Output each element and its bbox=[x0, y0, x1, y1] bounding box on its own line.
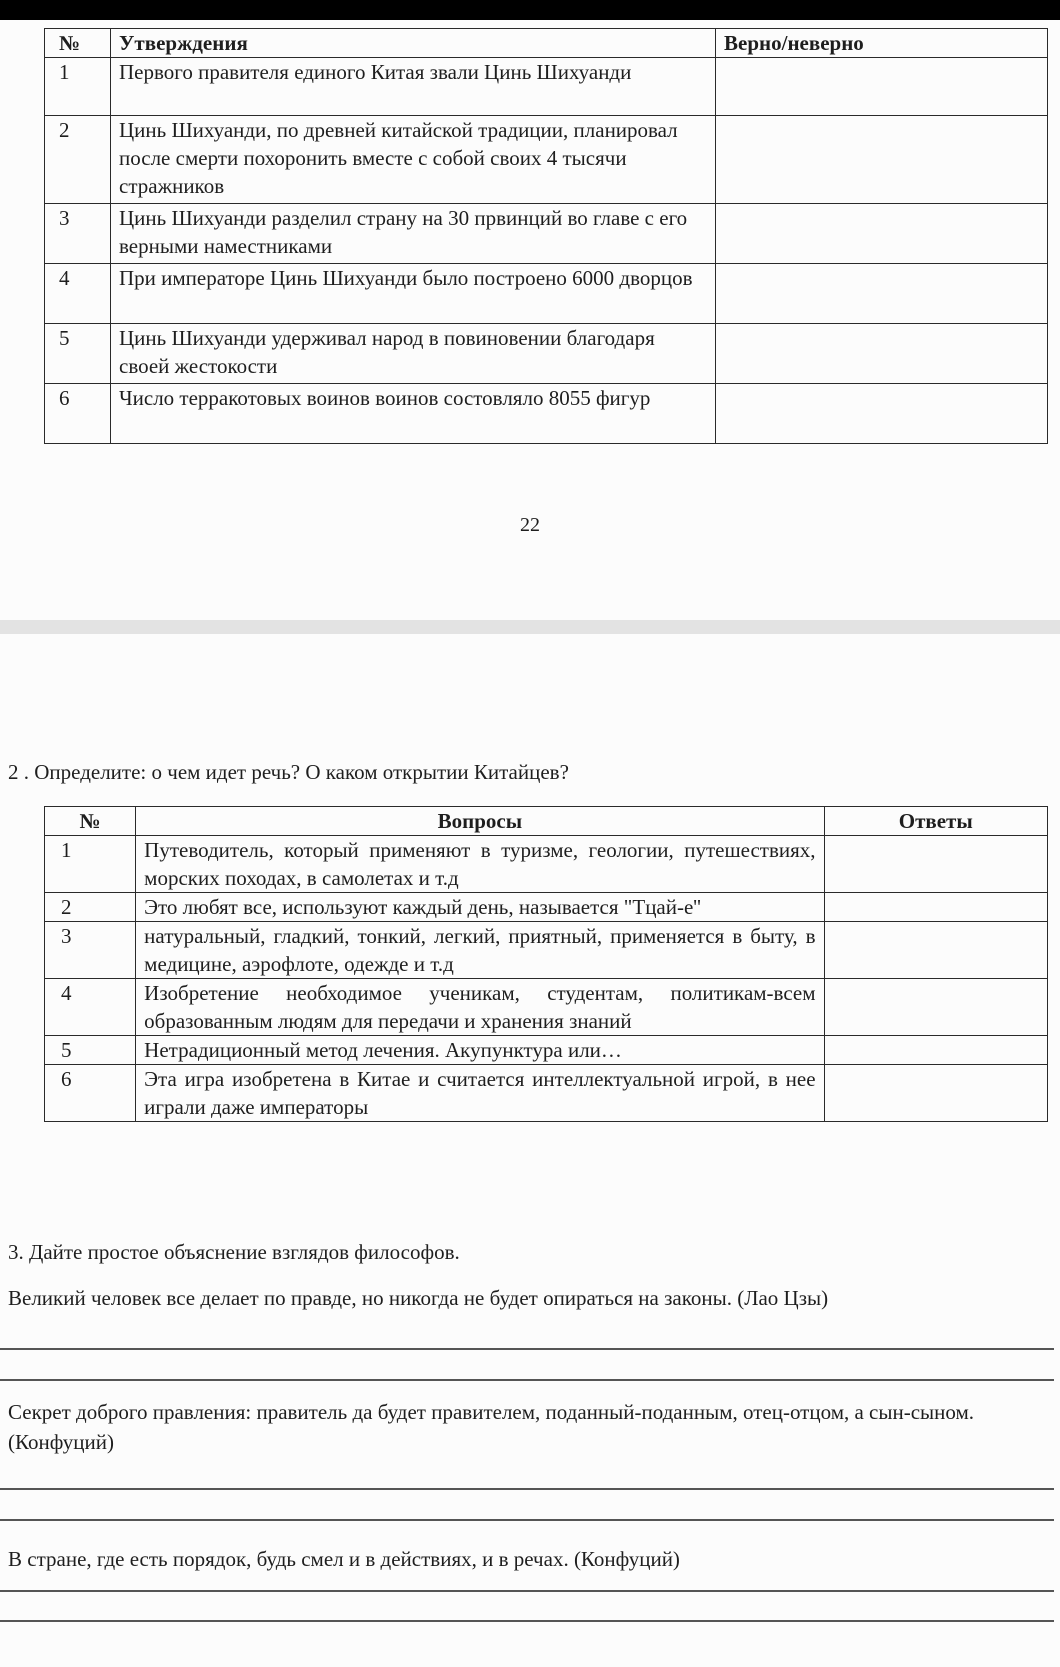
answer-line[interactable] bbox=[0, 1620, 1054, 1622]
answer-line[interactable] bbox=[0, 1379, 1054, 1381]
question-cell: Изобретение необходимое ученикам, студен… bbox=[136, 979, 824, 1036]
table-header-row: № Вопросы Ответы bbox=[45, 807, 1048, 836]
table-row: 4 При императоре Цинь Шихуанди было пост… bbox=[45, 264, 1048, 324]
answer-line[interactable] bbox=[0, 1488, 1054, 1490]
answer-cell[interactable] bbox=[716, 116, 1048, 204]
statement-cell: Цинь Шихуанди удерживал народ в повинове… bbox=[111, 324, 716, 384]
answer-cell[interactable] bbox=[716, 58, 1048, 116]
table-row: 1 Первого правителя единого Китая звали … bbox=[45, 58, 1048, 116]
table-row: 4 Изобретение необходимое ученикам, студ… bbox=[45, 979, 1048, 1036]
question-cell: натуральный, гладкий, тонкий, легкий, пр… bbox=[136, 922, 824, 979]
quote-lao-tzu: Великий человек все делает по правде, но… bbox=[8, 1283, 1058, 1313]
row-num: 4 bbox=[45, 979, 136, 1036]
row-num: 2 bbox=[45, 893, 136, 922]
answer-line[interactable] bbox=[0, 1590, 1054, 1592]
answer-cell[interactable] bbox=[716, 324, 1048, 384]
answer-cell[interactable] bbox=[716, 384, 1048, 444]
table-row: 5 Цинь Шихуанди удерживал народ в повино… bbox=[45, 324, 1048, 384]
row-num: 4 bbox=[45, 264, 111, 324]
question-cell: Это любят все, используют каждый день, н… bbox=[136, 893, 824, 922]
row-num: 5 bbox=[45, 1036, 136, 1065]
task2-title: 2 . Определите: о чем идет речь? О каком… bbox=[8, 760, 569, 785]
table-row: 5 Нетрадиционный метод лечения. Акупункт… bbox=[45, 1036, 1048, 1065]
table-row: 1 Путеводитель, который применяют в тури… bbox=[45, 836, 1048, 893]
answer-cell[interactable] bbox=[824, 893, 1047, 922]
header-questions: Вопросы bbox=[136, 807, 824, 836]
header-num: № bbox=[45, 29, 111, 58]
table-row: 3 Цинь Шихуанди разделил страну на 30 пр… bbox=[45, 204, 1048, 264]
quote-confucius-2: В стране, где есть порядок, будь смел и … bbox=[8, 1544, 1058, 1574]
answer-line[interactable] bbox=[0, 1519, 1054, 1521]
table-row: 3 натуральный, гладкий, тонкий, легкий, … bbox=[45, 922, 1048, 979]
task3-title: 3. Дайте простое объяснение взглядов фил… bbox=[8, 1240, 460, 1265]
row-num: 1 bbox=[45, 836, 136, 893]
answer-cell[interactable] bbox=[824, 922, 1047, 979]
statement-cell: Первого правителя единого Китая звали Ци… bbox=[111, 58, 716, 116]
page-number: 22 bbox=[0, 514, 1060, 537]
header-answers: Ответы bbox=[824, 807, 1047, 836]
answer-cell[interactable] bbox=[824, 1036, 1047, 1065]
statement-cell: Цинь Шихуанди, по древней китайской трад… bbox=[111, 116, 716, 204]
table-row: 2 Цинь Шихуанди, по древней китайской тр… bbox=[45, 116, 1048, 204]
row-num: 3 bbox=[45, 204, 111, 264]
answer-cell[interactable] bbox=[824, 979, 1047, 1036]
answer-line[interactable] bbox=[0, 1348, 1054, 1350]
table-row: 6 Число терракотовых воинов воинов состо… bbox=[45, 384, 1048, 444]
row-num: 6 bbox=[45, 384, 111, 444]
row-num: 2 bbox=[45, 116, 111, 204]
row-num: 6 bbox=[45, 1065, 136, 1122]
table-header-row: № Утверждения Верно/неверно bbox=[45, 29, 1048, 58]
statement-cell: При императоре Цинь Шихуанди было постро… bbox=[111, 264, 716, 324]
true-false-table: № Утверждения Верно/неверно 1 Первого пр… bbox=[44, 28, 1048, 444]
page-separator bbox=[0, 620, 1060, 634]
answer-cell[interactable] bbox=[716, 204, 1048, 264]
row-num: 3 bbox=[45, 922, 136, 979]
answer-cell[interactable] bbox=[716, 264, 1048, 324]
table-row: 2 Это любят все, используют каждый день,… bbox=[45, 893, 1048, 922]
row-num: 5 bbox=[45, 324, 111, 384]
question-cell: Нетрадиционный метод лечения. Акупунктур… bbox=[136, 1036, 824, 1065]
answer-cell[interactable] bbox=[824, 1065, 1047, 1122]
question-cell: Эта игра изобретена в Китае и считается … bbox=[136, 1065, 824, 1122]
questions-table: № Вопросы Ответы 1 Путеводитель, который… bbox=[44, 806, 1048, 1122]
statement-cell: Число терракотовых воинов воинов состовл… bbox=[111, 384, 716, 444]
header-statements: Утверждения bbox=[111, 29, 716, 58]
table-row: 6 Эта игра изобретена в Китае и считаетс… bbox=[45, 1065, 1048, 1122]
question-cell: Путеводитель, который применяют в туризм… bbox=[136, 836, 824, 893]
row-num: 1 bbox=[45, 58, 111, 116]
statement-cell: Цинь Шихуанди разделил страну на 30 први… bbox=[111, 204, 716, 264]
header-true-false: Верно/неверно bbox=[716, 29, 1048, 58]
answer-cell[interactable] bbox=[824, 836, 1047, 893]
header-num: № bbox=[45, 807, 136, 836]
top-black-bar bbox=[0, 0, 1060, 20]
quote-confucius-1: Секрет доброго правления: правитель да б… bbox=[8, 1397, 1008, 1457]
